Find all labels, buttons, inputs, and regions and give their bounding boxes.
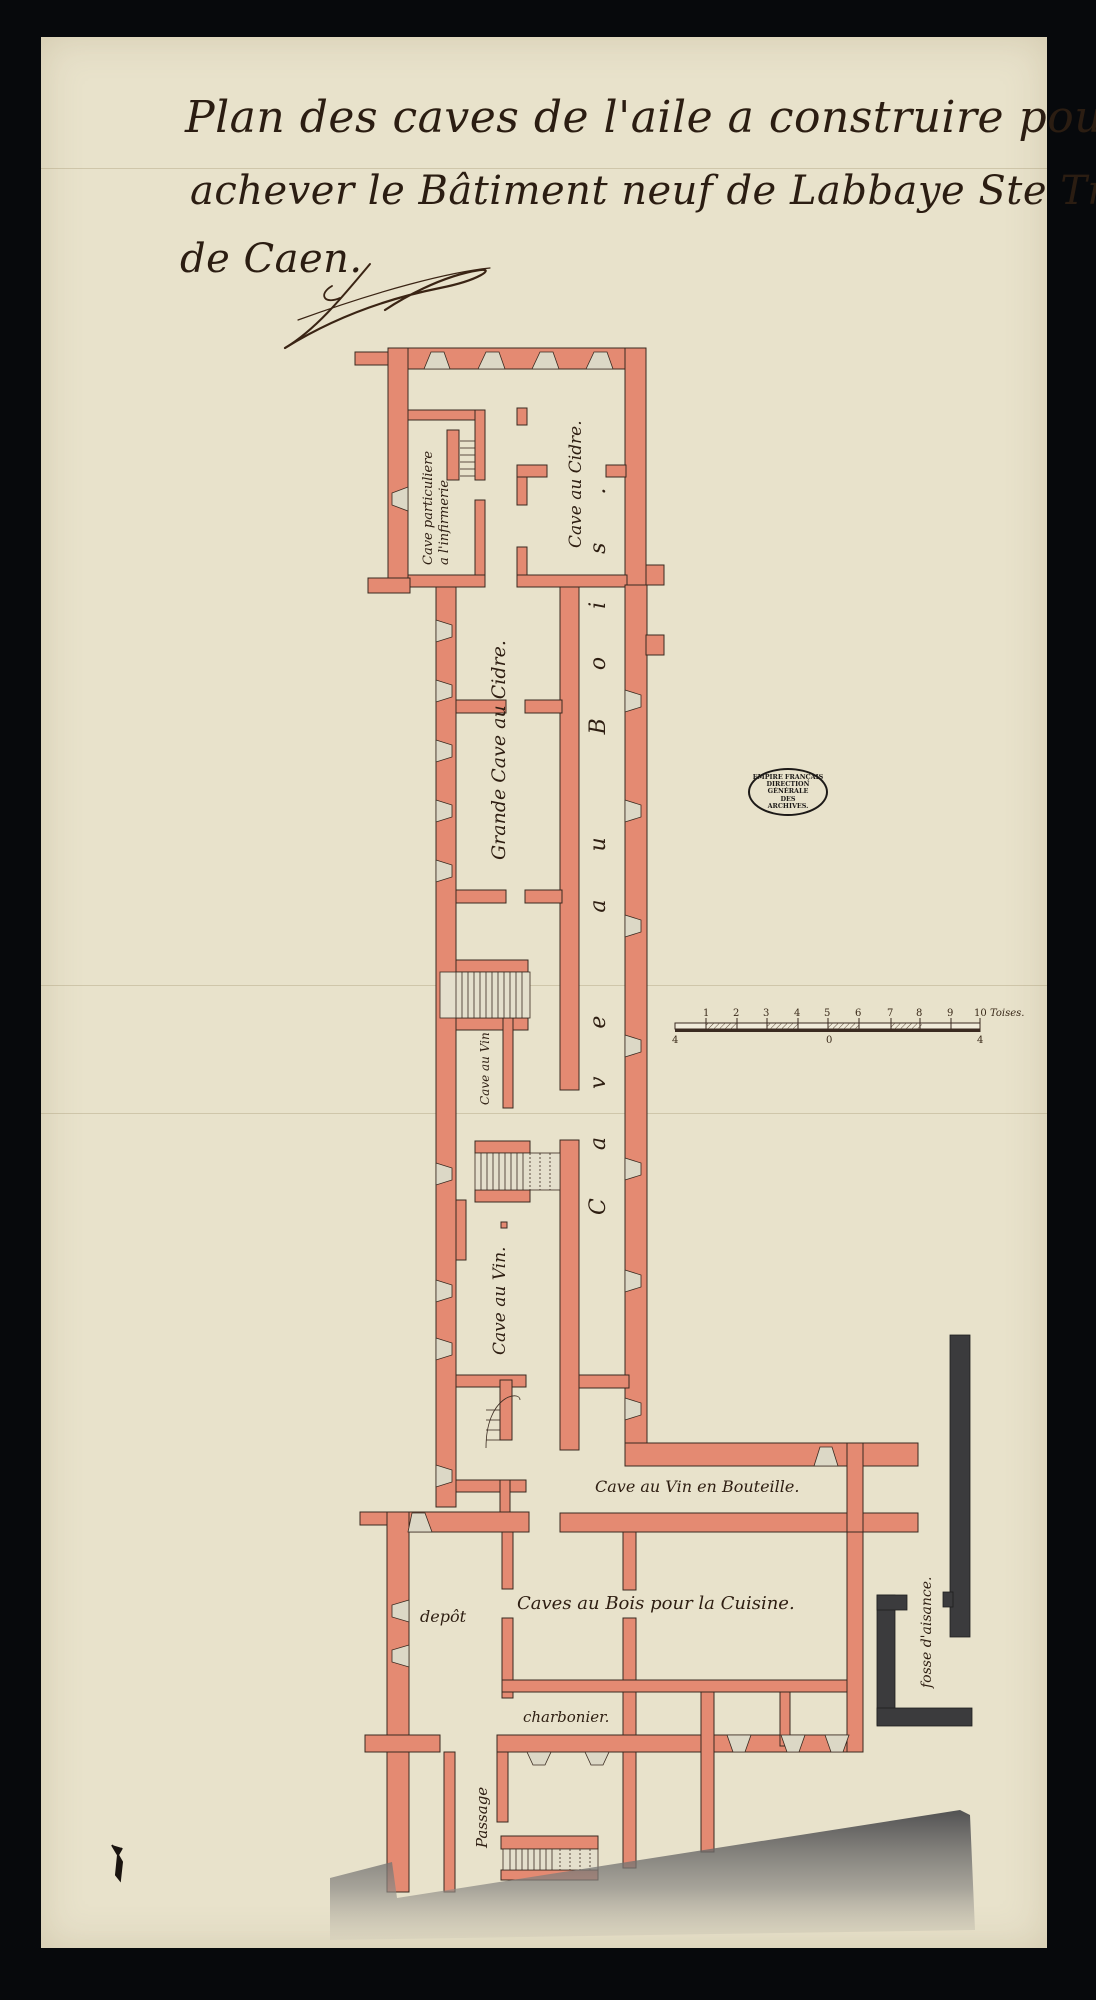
scale-tick-label: 6: [855, 1008, 861, 1019]
scale-bar: 1 2 3 4 5 6 7 8 9 10 Toises. 4 0 4: [672, 1008, 1024, 1046]
room-label-infirmerie: Cave particuliere: [421, 451, 436, 565]
room-label-infirmerie-2: a l'infirmerie: [437, 480, 452, 565]
room-label-cave-vin-small: Cave au Vin: [478, 1032, 492, 1105]
scale-end-mark: 4: [977, 1035, 983, 1046]
scale-unit: Toises.: [990, 1008, 1024, 1019]
scale-tick-label: 8: [916, 1008, 922, 1019]
signature-paraph: [285, 264, 490, 348]
stair-middle-lower: [475, 1153, 560, 1190]
room-label-caves-bois-cuisine: Caves au Bois pour la Cuisine.: [517, 1593, 795, 1614]
ink-mark: [112, 1845, 122, 1880]
room-label-charbonier: charbonier.: [523, 1708, 609, 1726]
scale-tick-label: 5: [824, 1008, 830, 1019]
room-label-cave-vin: Cave au Vin.: [490, 1247, 510, 1355]
scale-end-mark: 0: [826, 1035, 832, 1046]
room-label-fosse: fosse d'aisance.: [919, 1577, 935, 1689]
window-openings: [392, 352, 849, 1765]
scale-tick-label: 9: [947, 1008, 953, 1019]
room-label-grande-cave-cidre: Grande Cave au Cidre.: [488, 640, 510, 860]
scale-tick-label: 4: [794, 1008, 800, 1019]
scale-tick-label: 7: [887, 1008, 893, 1019]
room-label-cave-bois: Cave au Bois.: [586, 440, 611, 1215]
room-label-cave-vin-bouteille: Cave au Vin en Bouteille.: [595, 1477, 799, 1496]
floor-plan: 1 2 3 4 5 6 7 8 9 10 Toises. 4 0 4 Cave …: [0, 0, 1096, 2000]
stair-bottom: [503, 1849, 598, 1870]
walls-new: [355, 348, 918, 1892]
room-label-depot: depôt: [420, 1607, 467, 1626]
room-label-passage: Passage: [473, 1787, 491, 1849]
scale-tick-label: 2: [733, 1008, 739, 1019]
scale-tick-label: 1: [703, 1008, 709, 1019]
stair-middle-upper: [440, 972, 530, 1018]
scale-tick-label: 3: [763, 1008, 769, 1019]
room-label-cave-cidre: Cave au Cidre.: [566, 420, 586, 548]
stair-infirmerie: [460, 441, 475, 476]
scale-tick-label: 10: [974, 1008, 987, 1019]
scale-end-mark: 4: [672, 1035, 678, 1046]
existing-building-wash: [330, 1810, 975, 1940]
